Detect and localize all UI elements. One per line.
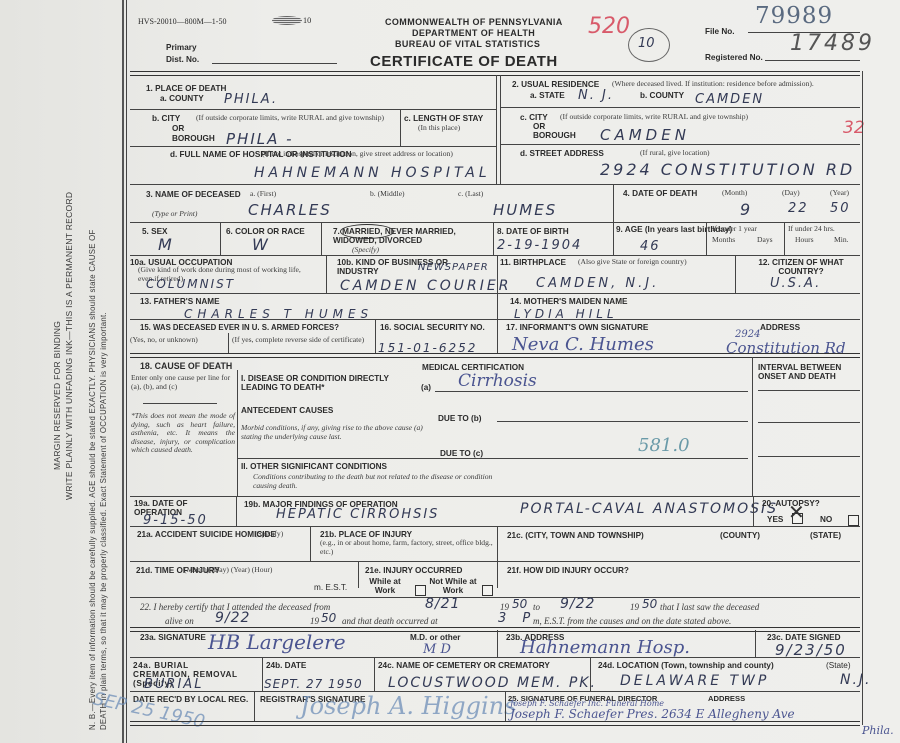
line <box>500 107 860 108</box>
line <box>497 526 498 588</box>
time-of-injury-cols: (Month) (Day) (Year) (Hour) <box>184 566 272 575</box>
line <box>590 657 591 691</box>
autopsy-check-mark-icon: ✕ <box>788 503 805 523</box>
line <box>613 184 614 223</box>
sec1-sec2-divider <box>496 75 497 185</box>
line <box>758 390 860 391</box>
signature-label: 23a. SIGNATURE <box>140 633 206 642</box>
line <box>613 222 614 255</box>
sex: M <box>158 235 174 254</box>
form-code: HVS-20010—800M—1-50 <box>138 17 226 26</box>
line <box>143 403 217 404</box>
line <box>130 657 860 658</box>
autopsy-no-checkbox[interactable] <box>848 515 859 526</box>
last-name-label: c. (Last) <box>458 190 483 199</box>
line <box>228 333 229 353</box>
date-of-death-label: 4. DATE OF DEATH <box>623 189 697 198</box>
funeral-director-signature: Joseph F. Schaefer Pres. 2634 E Alleghen… <box>510 707 795 721</box>
morbid-note: Morbid conditions, if any, giving rise t… <box>241 424 441 441</box>
line <box>237 370 238 497</box>
res-borough-label: BOROUGH <box>533 131 576 140</box>
circled-number: 10 <box>638 36 655 51</box>
residence-note: (Where deceased lived. If institution: r… <box>612 80 862 89</box>
citizen: U.S.A. <box>770 276 821 291</box>
year-to: 50 <box>642 597 657 611</box>
months-label: Months <box>712 236 735 245</box>
commonwealth-heading: COMMONWEALTH OF PENNSYLVANIA <box>385 18 563 27</box>
dod-month: 9 <box>740 200 752 219</box>
line <box>755 630 756 658</box>
res-street: 2924 CONSTITUTION RD <box>600 160 855 179</box>
margin-write-plainly: WRITE PLAINLY WITH UNFADING INK—THIS IS … <box>64 192 74 500</box>
line <box>753 496 754 526</box>
res-city-note: (If outside corporate limits, write RURA… <box>560 113 860 122</box>
line <box>130 597 860 598</box>
father-label: 13. FATHER'S NAME <box>140 297 220 306</box>
attended-to: 9/22 <box>560 596 595 612</box>
registered-no: 17489 <box>790 31 875 56</box>
res-county: CAMDEN <box>695 92 764 107</box>
name-note: (Type or Print) <box>152 210 197 219</box>
dist-no-line <box>212 63 337 64</box>
hospital-name: HAHNEMANN HOSPITAL <box>254 165 491 181</box>
death-time: 3 P <box>498 611 536 626</box>
business-top: NEWSPAPER <box>418 262 489 273</box>
cemetery: LOCUSTWOOD MEM. PK. <box>388 675 597 691</box>
pod-city-note: (If outside corporate limits, write RURA… <box>196 114 396 123</box>
sec1-sec2-divider-b <box>500 75 501 185</box>
line <box>254 691 255 721</box>
line <box>130 526 860 527</box>
under-24-label: If under 24 hrs. <box>788 225 835 234</box>
header-divider <box>130 71 860 76</box>
cemetery-label: 24c. NAME OF CEMETERY OR CREMATORY <box>378 661 550 670</box>
burial-date-label: 24b. DATE <box>266 661 306 670</box>
line <box>358 561 359 588</box>
first-name: CHARLES <box>248 201 332 219</box>
length-of-stay-note: (In this place) <box>418 124 494 133</box>
registered-no-line <box>765 60 860 61</box>
alive-year-prefix: 19 <box>310 617 319 626</box>
line <box>130 109 496 110</box>
line <box>500 144 860 145</box>
attended-from: 8/21 <box>425 596 460 612</box>
frame-right <box>862 71 863 725</box>
cause-footnote: *This does not mean the mode of dying, s… <box>131 412 235 455</box>
file-no-label: File No. <box>705 27 735 36</box>
armed-forces-label: 15. WAS DECEASED EVER IN U. S. ARMED FOR… <box>140 323 339 332</box>
interval-label: INTERVAL BETWEEN ONSET AND DEATH <box>758 363 862 381</box>
line <box>130 222 860 223</box>
cause-label: 18. CAUSE OF DEATH <box>140 362 232 371</box>
margin-nb-line1: N. B.—Every item of information should b… <box>88 229 97 730</box>
disease-label: I. DISEASE OR CONDITION DIRECTLY LEADING… <box>241 374 391 392</box>
pod-borough-label: BOROUGH <box>172 134 215 143</box>
res-state: N. J. <box>578 88 614 103</box>
bottom-divider <box>130 721 860 726</box>
line <box>375 319 376 353</box>
not-while-at-work-label: Not While at Work <box>428 577 478 595</box>
injury-state-label: (STATE) <box>810 531 841 540</box>
line <box>262 657 263 691</box>
est-label: m. E.S.T. <box>314 583 347 592</box>
line <box>497 421 748 422</box>
line <box>130 146 496 147</box>
days-label: Days <box>757 236 773 245</box>
other-conditions-note: Conditions contributing to the death but… <box>253 473 503 490</box>
race: W <box>252 235 270 254</box>
section-divider <box>130 353 860 358</box>
bureau-heading: BUREAU OF VITAL STATISTICS <box>395 40 540 49</box>
due-to-b-label: DUE TO (b) <box>438 414 482 423</box>
armed-forces-note1: (Yes, no, or unknown) <box>130 336 198 345</box>
dod-day: 22 <box>788 201 809 216</box>
line <box>497 319 498 353</box>
res-street-label: d. STREET ADDRESS <box>520 149 604 158</box>
place-of-death-label: 1. PLACE OF DEATH <box>146 84 226 93</box>
informant-label: 17. INFORMANT'S OWN SIGNATURE <box>506 323 648 332</box>
line <box>130 496 860 497</box>
cause-a: Cirrhosis <box>458 371 537 391</box>
place-of-injury-note: (e.g., in or about home, farm, factory, … <box>320 539 495 556</box>
dod-year-label: (Year) <box>830 189 849 198</box>
primary-label: Primary <box>166 43 197 52</box>
pod-city-label: b. CITY <box>152 114 180 123</box>
line <box>130 319 860 320</box>
burial-location: DELAWARE TWP <box>620 673 769 689</box>
line <box>497 255 498 293</box>
burial-date: SEPT. 27 1950 <box>264 677 363 691</box>
line <box>130 561 860 562</box>
file-no: 79989 <box>755 3 833 29</box>
red-index-number: 520 <box>588 14 630 39</box>
pod-county-label: a. COUNTY <box>160 94 204 103</box>
armed-forces-note2: (If yes, complete reverse side of certif… <box>232 336 372 345</box>
min-label: Min. <box>834 236 849 245</box>
findings-1: HEPATIC CIRROHSIS <box>276 507 439 522</box>
line <box>374 657 375 691</box>
dod-day-label: (Day) <box>782 189 800 198</box>
while-at-work-label: While at Work <box>365 577 405 595</box>
department-heading: DEPARTMENT OF HEALTH <box>412 29 535 38</box>
informant-signature: Neva C. Humes <box>512 334 654 355</box>
pod-or-label: OR <box>172 124 184 133</box>
line <box>237 458 748 459</box>
dist-no-label: Dist. No. <box>166 55 199 64</box>
funeral-city: Phila. <box>862 724 894 737</box>
union-label: 10 <box>303 16 311 25</box>
year-to-prefix: 19 <box>630 603 639 612</box>
res-county-label: b. COUNTY <box>640 91 684 100</box>
autopsy-yes-label: YES <box>767 515 783 524</box>
location-label: 24d. LOCATION (Town, township and county… <box>598 661 774 670</box>
line <box>130 293 860 294</box>
line <box>497 630 498 658</box>
frame-left-inner <box>126 0 127 743</box>
line <box>758 422 860 423</box>
certify-text-2: that I last saw the deceased <box>660 603 759 612</box>
line <box>236 496 237 526</box>
birthplace: CAMDEN, N.J. <box>536 276 659 291</box>
while-at-work-checkbox[interactable] <box>415 585 426 596</box>
line <box>400 110 401 146</box>
alive-on-date: 9/22 <box>215 610 250 626</box>
antecedent-label: ANTECEDENT CAUSES <box>241 406 333 415</box>
union-bug-icon <box>272 16 302 25</box>
line <box>758 456 860 457</box>
dod-year: 50 <box>830 201 851 216</box>
length-of-stay-label: c. LENGTH OF STAY <box>404 114 483 123</box>
burial-type: BURIAL <box>144 677 203 692</box>
certify-text-4: m, E.S.T. from the causes and on the dat… <box>533 617 731 626</box>
birthplace-label: 11. BIRTHPLACE <box>500 258 566 267</box>
line <box>706 222 707 255</box>
findings-2: PORTAL-CAVAL ANASTOMOSIS <box>520 501 778 517</box>
marital-circle <box>340 224 394 239</box>
line <box>435 391 748 392</box>
name-label: 3. NAME OF DECEASED <box>146 190 241 199</box>
injury-occurred-label: 21e. INJURY OCCURRED <box>365 566 462 575</box>
marital-note: (Specify) <box>352 246 379 255</box>
accident-specify: (Specify) <box>255 530 283 539</box>
year-from: 50 <box>512 597 527 611</box>
alive-on-label: alive on <box>165 617 194 626</box>
location-state-label: (State) <box>826 661 851 670</box>
not-while-at-work-checkbox[interactable] <box>482 585 493 596</box>
res-city: CAMDEN <box>600 126 690 144</box>
res-or-label: OR <box>533 122 545 131</box>
physician-address: Hahnemann Hosp. <box>520 637 690 658</box>
injury-city-label: 21c. (CITY, TOWN AND TOWNSHIP) <box>507 531 644 540</box>
death-certificate: MARGIN RESERVED FOR BINDING WRITE PLAINL… <box>0 0 900 743</box>
line <box>326 255 327 293</box>
first-name-label: a. (First) <box>250 190 276 199</box>
informant-address-label: ADDRESS <box>760 323 800 332</box>
line <box>505 691 506 721</box>
middle-name-label: b. (Middle) <box>370 190 405 199</box>
cause-code: 581.0 <box>638 435 690 456</box>
age: 46 <box>640 239 661 254</box>
pod-county: PHILA. <box>224 92 278 107</box>
hours-label: Hours <box>795 236 814 245</box>
citizen-label: 12. CITIZEN OF WHAT COUNTRY? <box>740 258 862 276</box>
dod-month-label: (Month) <box>722 189 747 198</box>
ss-label: 16. SOCIAL SECURITY NO. <box>380 323 492 332</box>
certify-text-3: and that death occurred at <box>342 617 438 626</box>
hospital-note: (If not in hospital or institution, give… <box>262 150 494 159</box>
res-state-label: a. STATE <box>530 91 565 100</box>
frame-left <box>122 0 124 743</box>
line <box>493 222 494 255</box>
md-value: M D <box>423 642 451 657</box>
injury-county-label: (COUNTY) <box>720 531 760 540</box>
burial-state: N.J. <box>840 672 872 688</box>
res-city-label: c. CITY <box>520 113 548 122</box>
line <box>310 526 311 562</box>
line <box>321 222 322 255</box>
line <box>784 222 785 255</box>
alive-year: 50 <box>321 611 336 625</box>
mother-label: 14. MOTHER'S MAIDEN NAME <box>510 297 628 306</box>
other-conditions-label: II. OTHER SIGNIFICANT CONDITIONS <box>241 462 387 471</box>
occupation: COLUMNIST <box>146 277 235 291</box>
res-street-note: (If rural, give location) <box>640 149 710 158</box>
registrar-signature: Joseph A. Higgins <box>300 692 516 720</box>
line <box>752 357 753 497</box>
registered-no-label: Registered No. <box>705 53 763 62</box>
line <box>220 222 221 255</box>
dob: 2-19-1904 <box>497 238 582 253</box>
last-name: HUMES <box>493 201 557 219</box>
autopsy-no-label: NO <box>820 515 832 524</box>
margin-binding-note: MARGIN RESERVED FOR BINDING <box>52 321 62 470</box>
dob-label: 8. DATE OF BIRTH <box>497 227 569 236</box>
cause-instruction: Enter only one cause per line for (a), (… <box>131 374 235 391</box>
how-injury-label: 21f. HOW DID INJURY OCCUR? <box>507 566 629 575</box>
certificate-title: CERTIFICATE OF DEATH <box>370 54 558 70</box>
physician-signature: HB Largelere <box>208 630 346 654</box>
funeral-address-label: ADDRESS <box>708 694 745 703</box>
business: CAMDEN COURIER <box>340 278 511 294</box>
line <box>130 255 860 256</box>
md-label: M.D. or other <box>410 633 461 642</box>
cause-a-label: (a) <box>421 383 431 392</box>
line <box>130 184 860 185</box>
birthplace-note: (Also give State or foreign country) <box>578 258 728 267</box>
line <box>735 255 736 293</box>
line <box>497 293 498 319</box>
margin-nb-line2: DEATH in plain terms, so that it may be … <box>99 312 108 730</box>
due-to-c-label: DUE TO (c) <box>440 449 483 458</box>
under-year-label: If under 1 year <box>712 225 757 234</box>
